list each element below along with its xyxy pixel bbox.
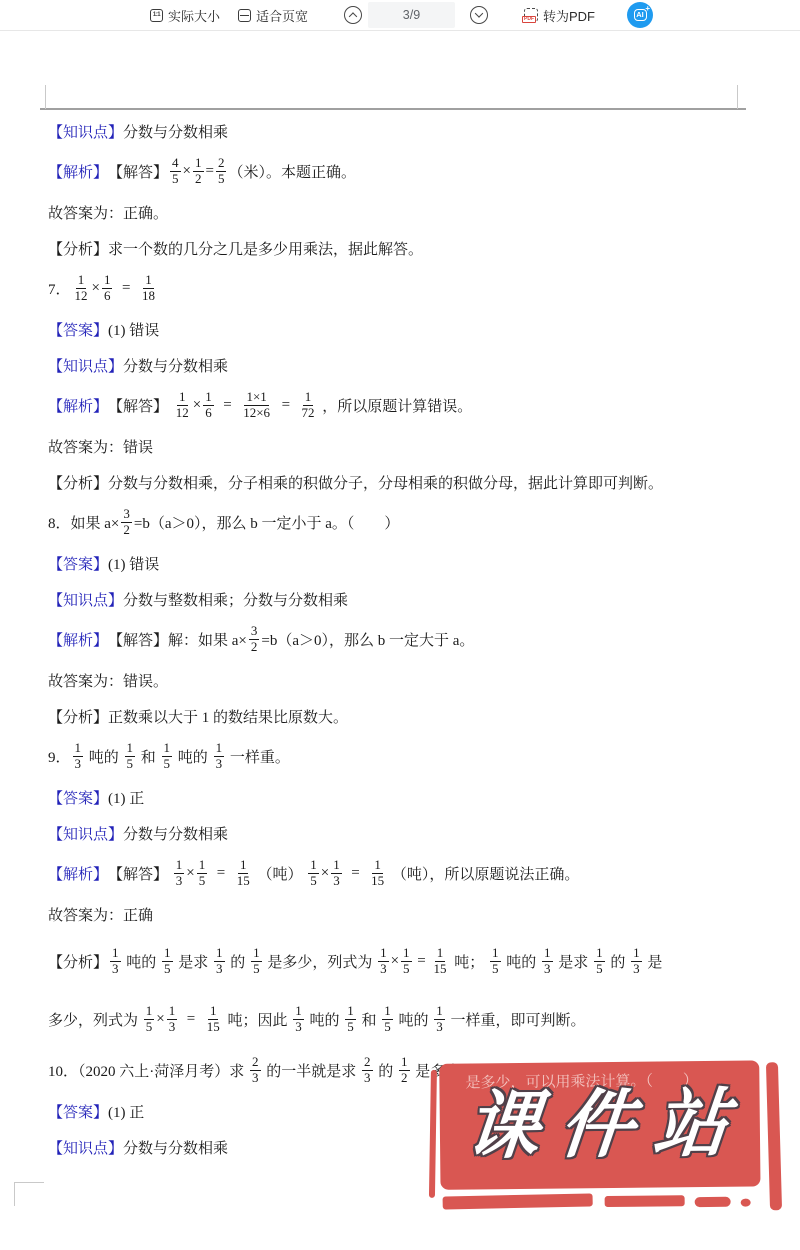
convert-pdf-icon: PDF bbox=[524, 8, 538, 22]
text-run: 【解答】 bbox=[108, 863, 172, 884]
viewer-toolbar: 1:1 实际大小 适合页宽 3/9 PDF 转为PDF AI + bbox=[0, 0, 800, 31]
text-run: = bbox=[209, 865, 232, 882]
fraction: 13 bbox=[167, 1004, 178, 1035]
fraction: 112 bbox=[174, 390, 191, 421]
paragraph: 【答案】(1) 正 bbox=[48, 779, 772, 815]
fraction: 15 bbox=[382, 1004, 393, 1035]
text-run: 吨的 bbox=[174, 746, 212, 767]
text-run: 故答案为：错误。 bbox=[48, 670, 168, 691]
text-run: = bbox=[179, 1011, 202, 1028]
bracket-label: 【知识点】 bbox=[48, 1137, 123, 1158]
text-run: 一样重，即可判断。 bbox=[447, 1009, 586, 1030]
text-run: 分数与分数相乘 bbox=[123, 355, 228, 376]
paragraph: 【答案】(1) 错误 bbox=[48, 545, 772, 581]
chevron-down-icon bbox=[475, 9, 483, 17]
text-run: 和 bbox=[358, 1009, 381, 1030]
fraction: 15 bbox=[594, 946, 605, 977]
fraction: 45 bbox=[170, 156, 181, 187]
paragraph: 8．如果 a×32=b（a＞0），那么 b 一定小于 a。（ ） bbox=[48, 500, 772, 545]
previous-page-button[interactable] bbox=[344, 6, 362, 24]
text-run: 分数与整数相乘；分数与分数相乘 bbox=[123, 589, 348, 610]
bracket-label: 【答案】 bbox=[48, 319, 108, 340]
stamp-border-bottom bbox=[605, 1195, 685, 1207]
text-run: (1) 错误 bbox=[108, 553, 159, 574]
paragraph: 故答案为：错误 bbox=[48, 428, 772, 464]
stamp-border-left bbox=[429, 1070, 437, 1198]
fraction: 1×112×6 bbox=[241, 390, 272, 421]
paragraph: 【解析】【解答】解：如果 a×32=b（a＞0），那么 b 一定大于 a。 bbox=[48, 617, 772, 662]
fraction: 13 bbox=[542, 946, 553, 977]
text-run: = bbox=[344, 865, 367, 882]
fraction: 12 bbox=[399, 1055, 410, 1086]
stamp-border-bottom bbox=[741, 1199, 751, 1207]
paragraph: 【解析】【解答】 112×16 = 1×112×6 = 172 ，所以原题计算错… bbox=[48, 383, 772, 428]
text-run: × bbox=[156, 1011, 164, 1028]
actual-size-button[interactable]: 1:1 实际大小 bbox=[150, 0, 220, 30]
text-run: 是求 bbox=[555, 951, 593, 972]
page-indicator[interactable]: 3/9 bbox=[368, 2, 455, 28]
text-run: 吨的 bbox=[395, 1009, 433, 1030]
fraction: 15 bbox=[345, 1004, 356, 1035]
text-boundary-mark-top-right bbox=[737, 85, 738, 109]
fraction: 15 bbox=[125, 741, 136, 772]
text-run: 一样重。 bbox=[226, 746, 290, 767]
fraction: 16 bbox=[102, 273, 113, 304]
ai-assistant-button[interactable]: AI + bbox=[627, 2, 653, 28]
paragraph: 【答案】(1) 错误 bbox=[48, 311, 772, 347]
paragraph: 【知识点】分数与分数相乘 bbox=[48, 113, 772, 149]
text-boundary-mark-top-left bbox=[45, 85, 46, 109]
fraction: 13 bbox=[110, 946, 121, 977]
text-run: 7． bbox=[48, 278, 71, 299]
text-run: 【分析】 bbox=[48, 951, 108, 972]
text-run: = bbox=[114, 280, 137, 297]
text-run: （吨），所以原题说法正确。 bbox=[388, 863, 579, 884]
fraction: 15 bbox=[308, 858, 319, 889]
paragraph: 【解析】【解答】45×12=25（米）。本题正确。 bbox=[48, 149, 772, 194]
paragraph: 【解析】【解答】 13×15 = 115 （吨） 15×13 = 115 （吨）… bbox=[48, 851, 772, 896]
stamp-body: 是多少，可以用乘法计算。（ ） 课件站 bbox=[439, 1060, 760, 1189]
text-run: × bbox=[183, 163, 191, 180]
fraction: 13 bbox=[174, 858, 185, 889]
fraction: 13 bbox=[214, 741, 225, 772]
text-run: 分数与分数相乘 bbox=[123, 823, 228, 844]
text-run: 吨的 bbox=[123, 951, 161, 972]
text-run: × bbox=[92, 280, 100, 297]
fraction: 23 bbox=[250, 1055, 261, 1086]
fraction: 115 bbox=[432, 946, 449, 977]
stamp-border-bottom bbox=[443, 1193, 593, 1209]
fraction: 13 bbox=[331, 858, 342, 889]
text-run: = bbox=[274, 397, 297, 414]
stamp-border-bottom bbox=[695, 1197, 731, 1207]
bracket-label: 【知识点】 bbox=[48, 589, 123, 610]
bracket-label: 【解析】 bbox=[48, 863, 108, 884]
text-run: 和 bbox=[137, 746, 160, 767]
actual-size-label: 实际大小 bbox=[168, 6, 220, 25]
convert-pdf-label: 转为PDF bbox=[543, 6, 595, 25]
text-run: 吨的 bbox=[306, 1009, 344, 1030]
text-run: = bbox=[414, 953, 430, 970]
fraction: 13 bbox=[434, 1004, 445, 1035]
fit-width-icon bbox=[238, 9, 251, 22]
text-run: （吨） bbox=[254, 863, 307, 884]
paragraph: 故答案为：正确 bbox=[48, 896, 772, 932]
paragraph: 故答案为：错误。 bbox=[48, 662, 772, 698]
text-run: (1) 正 bbox=[108, 1101, 144, 1122]
text-run: 的一半就是求 bbox=[263, 1060, 361, 1081]
fraction: 13 bbox=[378, 946, 389, 977]
fraction: 15 bbox=[490, 946, 501, 977]
bracket-label: 【答案】 bbox=[48, 787, 108, 808]
next-page-button[interactable] bbox=[470, 6, 488, 24]
fraction: 15 bbox=[162, 946, 173, 977]
fraction: 32 bbox=[249, 624, 260, 655]
text-run: × bbox=[193, 397, 201, 414]
fraction: 25 bbox=[216, 156, 227, 187]
bracket-label: 【答案】 bbox=[48, 1101, 108, 1122]
actual-size-icon: 1:1 bbox=[150, 9, 163, 22]
paragraph: 【知识点】分数与整数相乘；分数与分数相乘 bbox=[48, 581, 772, 617]
chevron-up-icon bbox=[349, 12, 357, 20]
text-run: 的 bbox=[375, 1060, 398, 1081]
text-run: (1) 错误 bbox=[108, 319, 159, 340]
text-run: （米）。本题正确。 bbox=[228, 161, 356, 182]
text-run: 吨的 bbox=[503, 951, 541, 972]
fraction: 15 bbox=[251, 946, 262, 977]
text-run: 多少，列式为 bbox=[48, 1009, 142, 1030]
fit-width-label: 适合页宽 bbox=[256, 6, 308, 25]
fraction: 13 bbox=[214, 946, 225, 977]
text-boundary-mark-bottom-left-v bbox=[14, 1182, 15, 1206]
text-run: =b（a＞0），那么 b 一定小于 a。（ ） bbox=[134, 512, 400, 533]
fraction: 115 bbox=[235, 858, 252, 889]
fraction: 172 bbox=[300, 390, 317, 421]
watermark-stamp: 是多少，可以用乘法计算。（ ） 课件站 bbox=[429, 1060, 793, 1217]
bracket-label: 【解析】 bbox=[48, 629, 108, 650]
fraction: 16 bbox=[203, 390, 214, 421]
convert-to-pdf-button[interactable]: PDF 转为PDF bbox=[524, 0, 595, 30]
text-boundary-mark-bottom-left-h bbox=[14, 1182, 44, 1183]
text-run: 【分析】分数与分数相乘，分子相乘的积做分子，分母相乘的积做分母，据此计算即可判断… bbox=[48, 472, 663, 493]
fraction: 13 bbox=[631, 946, 642, 977]
bracket-label: 【知识点】 bbox=[48, 121, 123, 142]
stamp-border-right bbox=[766, 1062, 782, 1210]
fraction: 13 bbox=[293, 1004, 304, 1035]
text-run: 10．（2020 六上·菏泽月考）求 bbox=[48, 1060, 248, 1081]
text-run: (1) 正 bbox=[108, 787, 144, 808]
text-run: 是多少，列式为 bbox=[264, 951, 377, 972]
fit-width-button[interactable]: 适合页宽 bbox=[238, 0, 308, 30]
paragraph: 7．112×16 = 118 bbox=[48, 266, 772, 311]
text-run: 吨； bbox=[451, 951, 489, 972]
paragraph: 9．13 吨的 15 和 15 吨的 13 一样重。 bbox=[48, 734, 772, 779]
text-run: = bbox=[206, 163, 214, 180]
bracket-label: 【解析】 bbox=[48, 395, 108, 416]
fraction: 32 bbox=[121, 507, 132, 538]
text-run: 8．如果 a× bbox=[48, 512, 119, 533]
paragraph: 【知识点】分数与分数相乘 bbox=[48, 347, 772, 383]
text-run: 吨；因此 bbox=[224, 1009, 292, 1030]
paragraph: 【分析】分数与分数相乘，分子相乘的积做分子，分母相乘的积做分母，据此计算即可判断… bbox=[48, 464, 772, 500]
document-page: 【知识点】分数与分数相乘【解析】【解答】45×12=25（米）。本题正确。故答案… bbox=[48, 113, 772, 1165]
text-run: ，所以原题计算错误。 bbox=[319, 395, 473, 416]
ai-plus-icon: + bbox=[645, 5, 650, 13]
text-run: 故答案为：正确 bbox=[48, 904, 153, 925]
fraction: 118 bbox=[140, 273, 157, 304]
text-run: 9． bbox=[48, 746, 71, 767]
paragraph: 多少，列式为 15×13 = 115 吨；因此 13 吨的 15 和 15 吨的… bbox=[48, 990, 772, 1048]
paragraph: 【分析】13 吨的 15 是求 13 的 15 是多少，列式为 13×15 = … bbox=[48, 932, 772, 990]
text-run: 故答案为：错误 bbox=[48, 436, 153, 457]
fraction: 15 bbox=[197, 858, 208, 889]
fraction: 115 bbox=[205, 1004, 222, 1035]
bracket-label: 【答案】 bbox=[48, 553, 108, 574]
text-run: 【解答】 bbox=[108, 161, 168, 182]
text-run: =b（a＞0），那么 b 一定大于 a。 bbox=[261, 629, 474, 650]
bracket-label: 【知识点】 bbox=[48, 823, 123, 844]
text-run: = bbox=[216, 397, 239, 414]
text-run: × bbox=[391, 953, 399, 970]
page-top-boundary-line bbox=[40, 108, 746, 110]
fraction: 115 bbox=[369, 858, 386, 889]
fraction: 13 bbox=[73, 741, 84, 772]
fraction: 15 bbox=[144, 1004, 155, 1035]
fraction: 15 bbox=[162, 741, 173, 772]
text-run: 分数与分数相乘 bbox=[123, 121, 228, 142]
fraction: 12 bbox=[193, 156, 204, 187]
text-run: 【分析】正数乘以大于 1 的数结果比原数大。 bbox=[48, 706, 348, 727]
paragraph: 【知识点】分数与分数相乘 bbox=[48, 815, 772, 851]
bracket-label: 【解析】 bbox=[48, 161, 108, 182]
bracket-label: 【知识点】 bbox=[48, 355, 123, 376]
text-run: 【解答】 bbox=[108, 395, 172, 416]
paragraph: 故答案为：正确。 bbox=[48, 194, 772, 230]
paragraph: 【分析】求一个数的几分之几是多少用乘法，据此解答。 bbox=[48, 230, 772, 266]
text-run: 吨的 bbox=[85, 746, 123, 767]
fraction: 112 bbox=[73, 273, 90, 304]
text-run: 的 bbox=[607, 951, 630, 972]
fraction: 15 bbox=[401, 946, 412, 977]
text-run: 故答案为：正确。 bbox=[48, 202, 168, 223]
text-run: 【分析】求一个数的几分之几是多少用乘法，据此解答。 bbox=[48, 238, 423, 259]
text-run: × bbox=[321, 865, 329, 882]
stamp-text: 课件站 bbox=[462, 1087, 751, 1164]
text-run: × bbox=[186, 865, 194, 882]
text-run: 分数与分数相乘 bbox=[123, 1137, 228, 1158]
text-run: 【解答】解：如果 a× bbox=[108, 629, 247, 650]
paragraph: 【分析】正数乘以大于 1 的数结果比原数大。 bbox=[48, 698, 772, 734]
text-run: 的 bbox=[227, 951, 250, 972]
text-run: 是求 bbox=[175, 951, 213, 972]
text-run: 是 bbox=[644, 951, 663, 972]
fraction: 23 bbox=[362, 1055, 373, 1086]
